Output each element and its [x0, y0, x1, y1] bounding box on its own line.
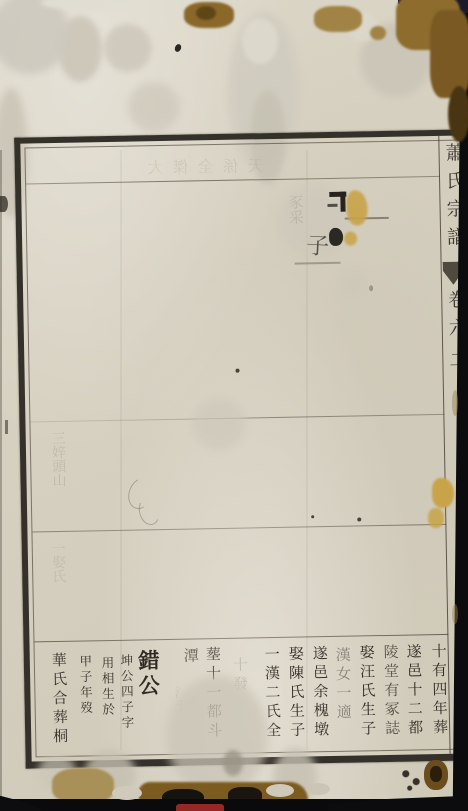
- brown-stain: [314, 6, 362, 32]
- page-frame: 天係全傑大 蕭氏宗譜 卷六 二 衡邑 豕采 子 三㛙頭山 一娶氏 十有四年葬 遂…: [14, 129, 468, 768]
- bio-column: 陵堂有冢誌: [381, 644, 400, 739]
- detail-column: 坤公四子字: [118, 654, 134, 732]
- stain: [242, 18, 278, 64]
- margin-bleed-col2: 一娶氏: [47, 541, 69, 583]
- stain: [338, 268, 370, 302]
- header-bleedthrough-text: 天係全傑大: [139, 153, 264, 178]
- stain: [166, 676, 268, 796]
- brown-stain: [432, 478, 454, 508]
- brown-stain: [448, 86, 468, 142]
- bio-column: 漢女一適: [333, 647, 351, 723]
- stain: [104, 24, 152, 72]
- stain: [128, 82, 180, 132]
- bio-column: 遂邑十二都: [404, 643, 423, 738]
- brown-stain: [430, 766, 442, 782]
- stain: [192, 398, 246, 450]
- edge-tan-bit: [452, 390, 458, 416]
- scanned-page-photo: 天係全傑大 蕭氏宗譜 卷六 二 衡邑 豕采 子 三㛙頭山 一娶氏 十有四年葬 遂…: [0, 0, 468, 811]
- brown-stain: [430, 10, 468, 98]
- paper-bump: [266, 784, 294, 797]
- detail-column: 甲子年歿: [77, 654, 93, 716]
- bio-column: 娶陳氏生子: [286, 646, 305, 741]
- ink-blot-glyph: 子: [299, 232, 333, 257]
- bio-column: 遂邑余槐墩: [310, 645, 329, 740]
- entry-name-heading: 錯公: [136, 649, 161, 699]
- stain: [223, 750, 243, 776]
- paper-bump: [306, 783, 330, 795]
- bio-column: 十有四年葬: [429, 643, 448, 738]
- ink-stroke: [327, 204, 337, 207]
- speck: [311, 515, 314, 518]
- bio-column: 娶汪氏生子: [357, 644, 376, 739]
- speck: [235, 369, 239, 373]
- brown-stain: [428, 508, 444, 528]
- detail-column: 用相生於: [99, 656, 115, 718]
- brown-stain: [196, 6, 216, 20]
- paper-bump: [112, 786, 142, 800]
- brown-stain: [370, 26, 386, 40]
- margin-bleed-col1: 三㛙頭山: [47, 431, 69, 487]
- dark-speck-cluster: [398, 766, 424, 792]
- ghost-glyphs: 豕采: [285, 194, 304, 224]
- speck: [357, 517, 361, 521]
- ink-stroke: [340, 192, 345, 212]
- bio-column: 潭: [181, 647, 198, 666]
- edge-shadow: [0, 150, 2, 800]
- edge-tan-bit: [452, 604, 458, 624]
- detail-column: 華氏合葬桐: [49, 652, 68, 747]
- red-sliver: [176, 804, 224, 811]
